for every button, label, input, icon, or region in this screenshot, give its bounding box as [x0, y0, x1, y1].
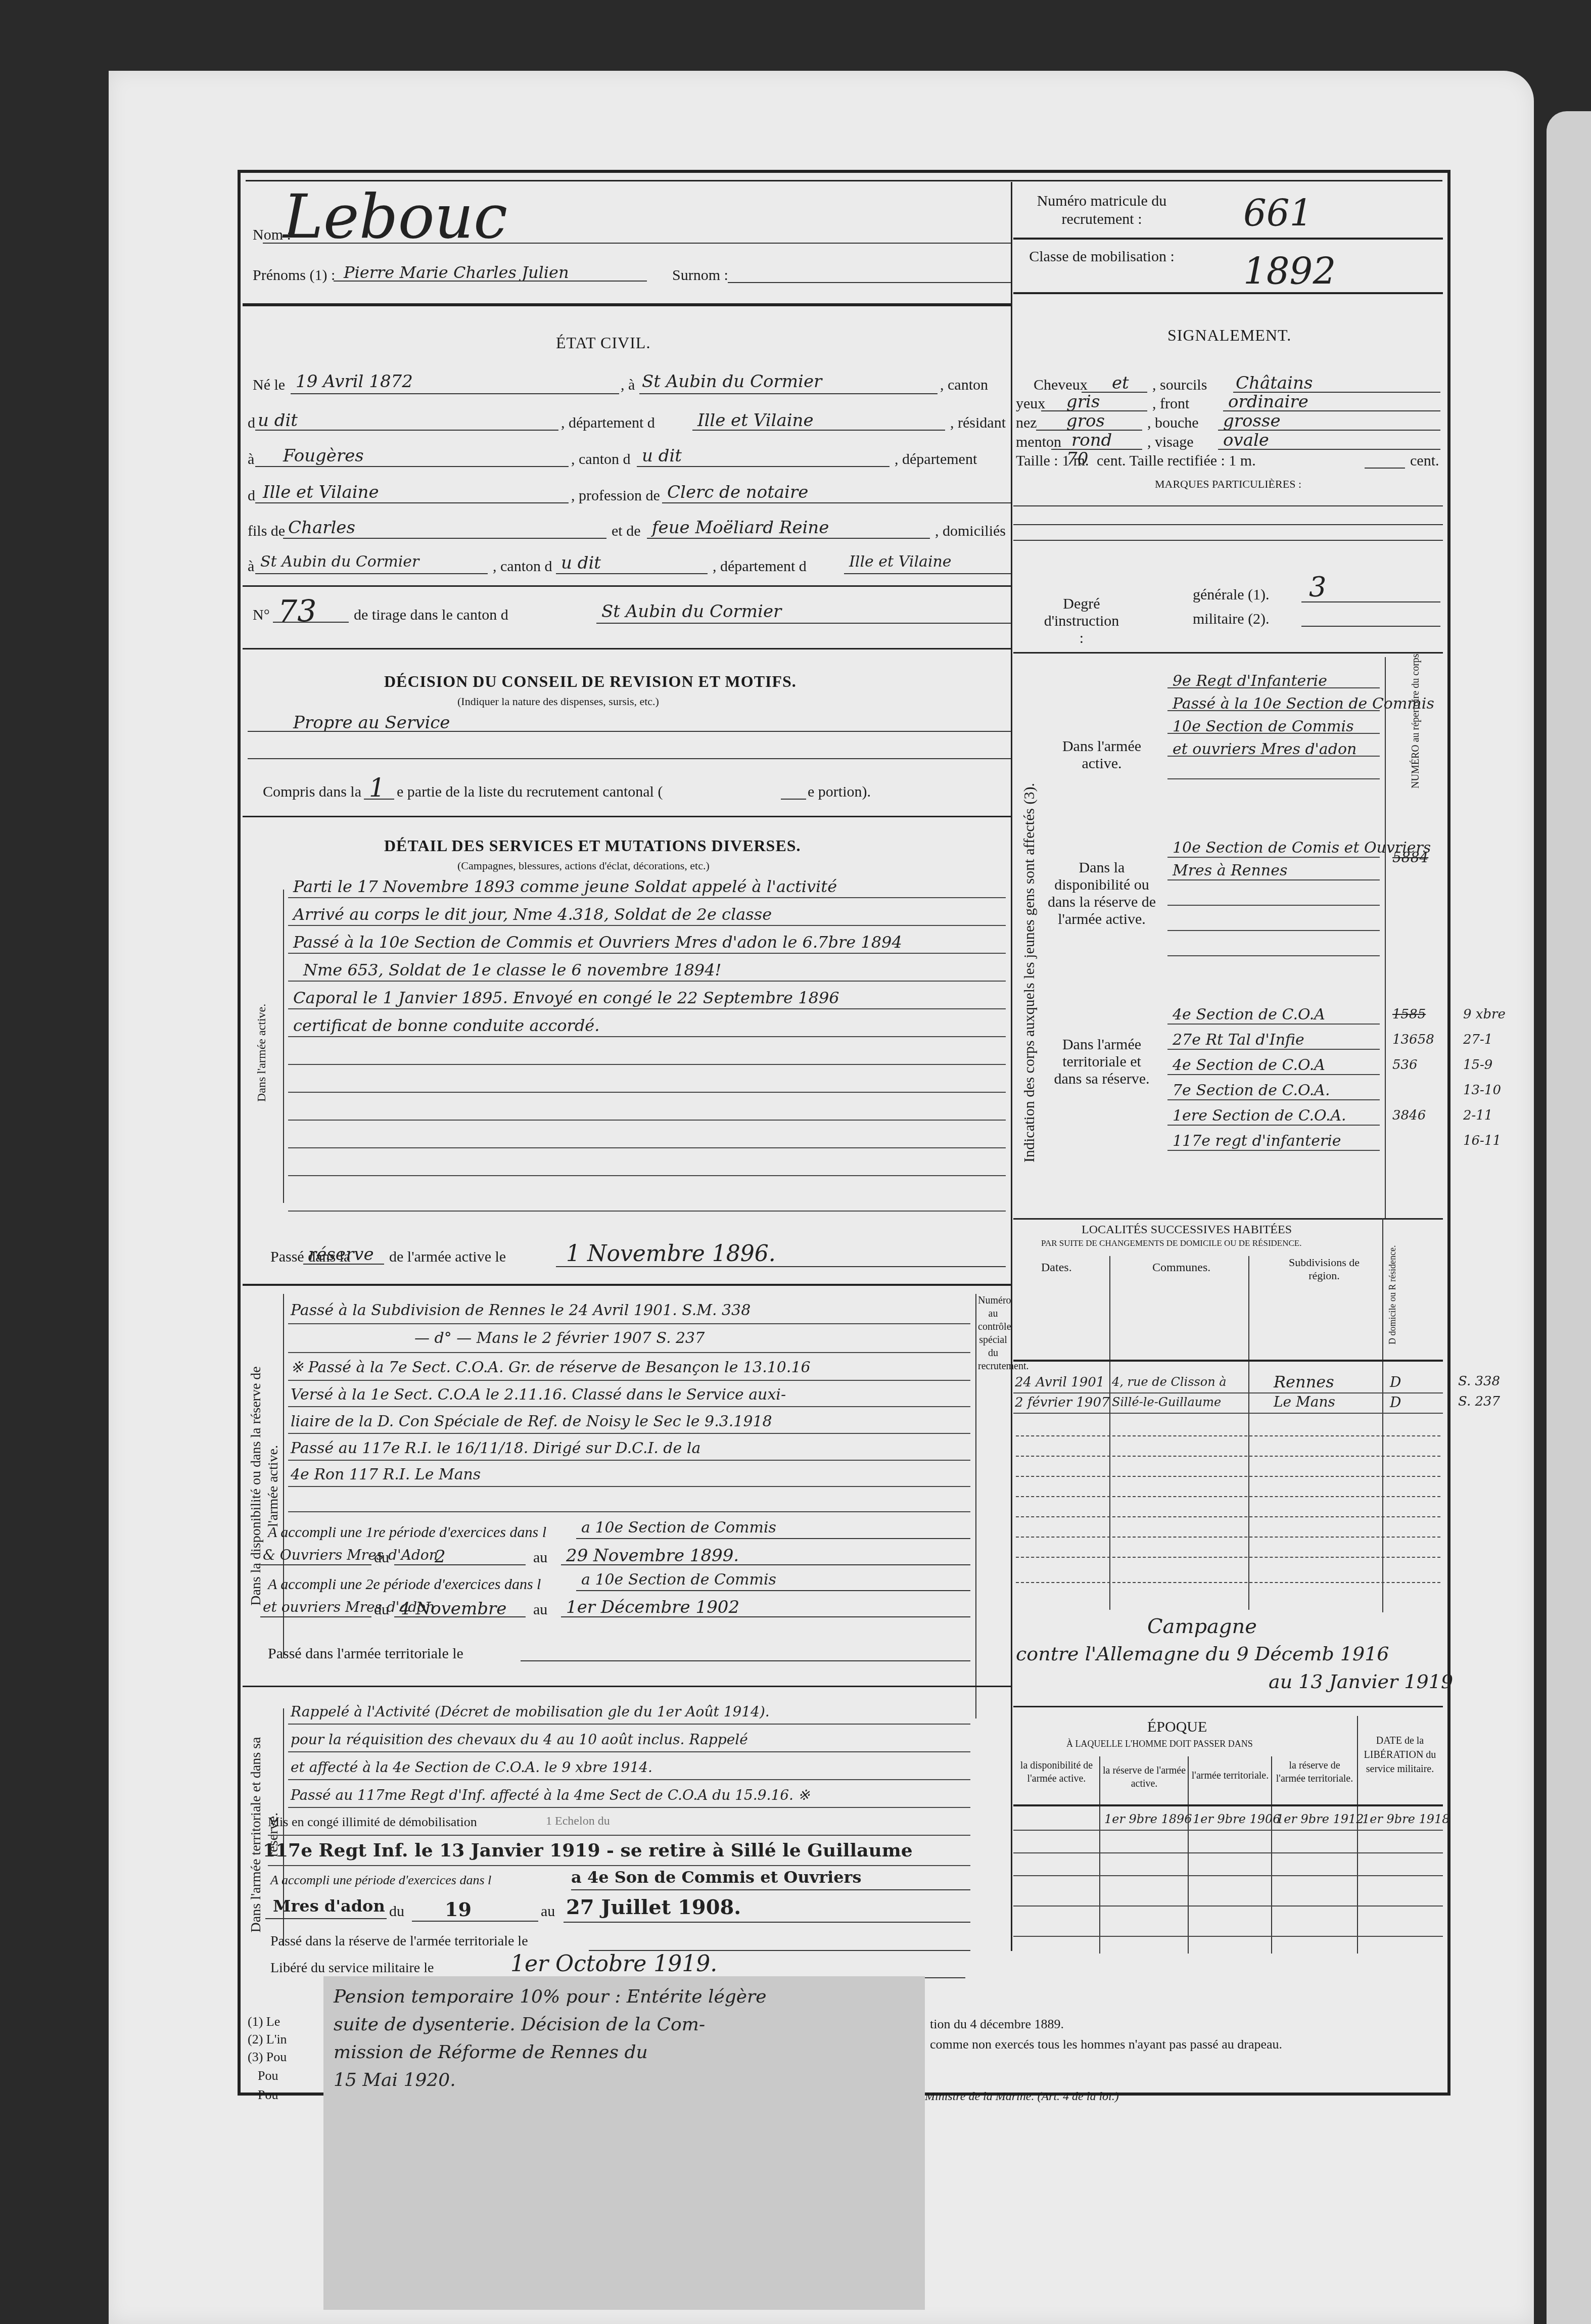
ne-le-label: Né le [253, 377, 285, 394]
facing-page-edge [1547, 111, 1591, 2324]
epoque-col-header: la réserve de l'armée active. [1102, 1764, 1187, 1790]
underline [1301, 601, 1440, 602]
territoriale-date: 16-11 [1463, 1133, 1501, 1148]
taille-value: 70 [1066, 449, 1088, 469]
front-value: ordinaire [1228, 392, 1308, 412]
underline [1218, 449, 1440, 450]
localite-subdivision: Le Mans [1274, 1393, 1335, 1410]
periode1-value: a 10e Section de Commis [581, 1519, 776, 1537]
libere-value: 1er Octobre 1919. [510, 1951, 717, 1977]
footnote-5: Pou [258, 2087, 278, 2103]
departement-label: , département d [561, 414, 655, 432]
corps-reserve-entry: Mres à Rennes [1173, 862, 1287, 879]
profession-value: Clerc de notaire [667, 482, 808, 502]
marques-title: MARQUES PARTICULIÈRES : [1155, 478, 1301, 491]
cent-label: cent. [1410, 452, 1439, 470]
periode2-du-value: 4 Novembre [399, 1599, 506, 1619]
militaire-label: militaire (2). [1193, 611, 1270, 628]
underline [248, 758, 1011, 759]
territoriale-date: 9 xbre [1463, 1007, 1506, 1022]
mis-en-conge-label: Mis en congé illimité de démobilisation [268, 1815, 477, 1830]
epoque-subtitle: À LAQUELLE L'HOMME DOIT PASSER DANS [1066, 1739, 1253, 1749]
territoriale-line: pour la réquisition des chevaux du 4 au … [291, 1731, 748, 1748]
corps-reserve-numero: 5884 [1392, 849, 1428, 866]
localite-commune: Sillé-le-Guillaume [1112, 1395, 1221, 1409]
canton2-label: , canton d [571, 451, 630, 468]
col-communes-header: Communes. [1152, 1261, 1210, 1275]
residant-label: , résidant [950, 414, 1006, 432]
conge-value: 117e Regt Inf. le 13 Janvier 1919 - se r… [263, 1840, 913, 1861]
col-dates-header: Dates. [1041, 1261, 1072, 1275]
territoriale-numero: 13658 [1392, 1032, 1434, 1047]
underline [303, 1264, 384, 1265]
fils-de-label: fils de [248, 523, 285, 540]
liberation-value: 1er 9bre 1918 [1362, 1812, 1450, 1826]
epoque-col-header: l'armée territoriale. [1190, 1769, 1270, 1782]
underline [571, 1889, 970, 1890]
periode1-du-label: du [374, 1549, 389, 1566]
underline [556, 573, 708, 574]
periode1-label: A accompli une 1re période d'exercices d… [268, 1524, 546, 1541]
territoriale-corps: 7e Section de C.O.A. [1173, 1082, 1330, 1099]
canton-label: , canton [940, 377, 988, 394]
underline [255, 573, 488, 574]
mere-value: feue Moëliard Reine [652, 518, 829, 538]
residence-value: Fougères [283, 446, 364, 466]
col-subdivisions-header: Subdivisions de région. [1289, 1256, 1360, 1282]
numero-header: NUMÉRO au répertoire du corps. [1410, 651, 1422, 788]
prenoms-underline [334, 281, 647, 282]
matricule-label: Numéro matricule du recrutement : [1028, 192, 1175, 228]
underline [1013, 524, 1443, 525]
domicile-a-label: à [248, 558, 254, 575]
compris-label: Compris dans la [263, 783, 361, 801]
epoque-territoriale-value: 1er 9bre 1906 [1193, 1812, 1281, 1826]
taille-rectifiee-label: cent. Taille rectifiée : 1 m. [1097, 452, 1256, 470]
localites-title: LOCALITÉS SUCCESSIVES HABITÉES [1082, 1223, 1292, 1237]
underline [639, 393, 938, 394]
periode2-label: A accompli une 2e période d'exercices da… [268, 1576, 541, 1593]
departement2-value: Ille et Vilaine [263, 482, 379, 502]
territoriale-au-label: au [541, 1903, 555, 1920]
degre-instruction-label: Degré d'instruction : [1041, 595, 1122, 647]
service-line: Parti le 17 Novembre 1893 comme jeune So… [293, 877, 837, 896]
disponibilite-line: Versé à la 1e Sect. C.O.A le 2.11.16. Cl… [291, 1386, 786, 1404]
disponibilite-line: 4e Ron 117 R.I. Le Mans [291, 1466, 481, 1483]
cheveux-label: Cheveux [1034, 377, 1088, 394]
divider [243, 1686, 1011, 1687]
underline [1013, 505, 1443, 506]
underline [265, 1918, 387, 1919]
localites-subtitle: PAR SUITE DE CHANGEMENTS DE DOMICILE OU … [1041, 1238, 1302, 1248]
localite-subdivision: Rennes [1274, 1372, 1334, 1391]
nez-value: gros [1066, 411, 1105, 431]
territoriale-au-value: 27 Juillet 1908. [566, 1895, 741, 1919]
epoque-col-header: la réserve de l'armée territoriale. [1274, 1759, 1355, 1785]
territoriale-periode-label: A accompli une période d'exercices dans … [270, 1873, 491, 1888]
periode2-du-label: du [374, 1601, 389, 1618]
services-title: DÉTAIL DES SERVICES ET MUTATIONS DIVERSE… [384, 836, 801, 855]
periode1-au-label: au [533, 1549, 547, 1566]
departement2-d-label: d [248, 487, 255, 504]
domicilies-label: , domiciliés [935, 523, 1006, 540]
cheveux-value: et [1112, 373, 1129, 393]
libere-label: Libéré du service militaire le [270, 1960, 434, 1976]
underline [596, 623, 1011, 624]
divider [1013, 1706, 1443, 1707]
periode2-au-value: 1er Décembre 1902 [566, 1597, 739, 1617]
underline [394, 1564, 526, 1565]
decision-title: DÉCISION DU CONSEIL DE REVISION ET MOTIF… [384, 672, 797, 691]
epoque-title: ÉPOQUE [1147, 1718, 1207, 1736]
disponibilite-line: Passé à la Subdivision de Rennes le 24 A… [291, 1302, 751, 1319]
generale-label: générale (1). [1193, 586, 1270, 603]
underline [561, 1564, 970, 1565]
bouche-value: grosse [1223, 411, 1281, 431]
territoriale-periode-line2: Mres d'adon [273, 1896, 385, 1916]
signalement-title: SIGNALEMENT. [1167, 326, 1291, 345]
footnote-3: (3) Pou [248, 2050, 287, 2065]
underline [255, 502, 569, 503]
footnote-1: (1) Le [248, 2014, 280, 2029]
passe-reserve-value: réserve [308, 1244, 374, 1265]
col-divider [1357, 1716, 1358, 1954]
a-label: , à [621, 377, 635, 394]
localite-date: 24 Avril 1901 [1015, 1375, 1104, 1390]
underline [248, 731, 1011, 732]
col-divider [1382, 1218, 1383, 1612]
service-line: Arrivé au corps le dit jour, Nme 4.318, … [293, 905, 772, 924]
divider [243, 648, 1011, 649]
nom-underline [263, 243, 1011, 244]
underline [662, 502, 1011, 503]
divider [1013, 1218, 1443, 1220]
surnom-label: Surnom : [672, 267, 728, 284]
territoriale-corps: 117e regt d'infanterie [1173, 1132, 1341, 1150]
territoriale-date: 13-10 [1463, 1083, 1501, 1098]
disponibilite-line: ※ Passé à la 7e Sect. C.O.A. Gr. de rése… [291, 1359, 811, 1376]
visage-label: , visage [1147, 434, 1194, 451]
underline [576, 1538, 970, 1539]
departement-value: Ille et Vilaine [697, 410, 814, 431]
liberation-header: DATE de la LIBÉRATION du service militai… [1360, 1734, 1440, 1776]
yeux-label: yeux [1016, 395, 1045, 412]
service-line: Passé à la 10e Section de Commis et Ouvr… [293, 933, 902, 952]
territoriale-numero: 3846 [1392, 1108, 1426, 1123]
services-subtitle: (Campagnes, blessures, actions d'éclat, … [457, 859, 710, 872]
underline [291, 393, 619, 394]
pere-value: Charles [288, 518, 355, 538]
col-divider [1188, 1756, 1189, 1954]
divider [1013, 1360, 1443, 1362]
underline [260, 1564, 371, 1565]
passe-territoriale-label: Passé dans l'armée territoriale le [268, 1645, 463, 1662]
underline [521, 1660, 970, 1661]
pension-line: 15 Mai 1920. [334, 2070, 456, 2090]
divider [243, 585, 1011, 587]
localite-note: S. 237 [1458, 1394, 1500, 1409]
underline [364, 799, 394, 800]
surnom-underline [728, 282, 1011, 283]
column-divider [1011, 182, 1012, 1951]
underline [1301, 626, 1440, 627]
compris-label-3: e portion). [808, 783, 871, 801]
reserve-territoriale-label: Passé dans la réserve de l'armée territo… [270, 1933, 528, 1949]
canton-d-label: d [248, 414, 255, 432]
underline [781, 799, 806, 800]
ne-le-value: 19 Avril 1872 [296, 371, 413, 392]
classe-label: Classe de mobilisation : [1028, 248, 1175, 266]
service-line: Caporal le 1 Janvier 1895. Envoyé en con… [293, 988, 839, 1007]
yeux-value: gris [1066, 392, 1100, 412]
profession-label: , profession de [571, 487, 660, 504]
localite-dr: D [1390, 1374, 1401, 1390]
divider [243, 816, 1011, 817]
underline [1365, 468, 1405, 469]
territoriale-date: 15-9 [1463, 1057, 1492, 1073]
menton-label: menton [1016, 434, 1061, 451]
canton3-value: u dit [561, 553, 601, 573]
epoque-col-header: la disponibilité de l'armée active. [1015, 1759, 1098, 1785]
divider [1013, 292, 1443, 294]
pension-line: Pension temporaire 10% pour : Entérite l… [334, 1986, 767, 2007]
underline [647, 538, 930, 539]
territoriale-date: 2-11 [1463, 1108, 1492, 1123]
canton2-value: u dit [642, 446, 682, 466]
territoriale-corps: 4e Section de C.O.A [1173, 1056, 1325, 1074]
divider [1013, 238, 1443, 240]
territoriale-numero: 536 [1392, 1057, 1418, 1073]
passe-armee-active-label: de l'armée active le [389, 1248, 506, 1266]
epoque-reserve-active-value: 1er 9bre 1896 [1104, 1812, 1192, 1826]
departement3-label: , département d [713, 558, 807, 575]
service-line: Nme 653, Soldat de 1e classe le 6 novemb… [303, 960, 721, 980]
divider [243, 303, 1011, 306]
localite-dr: D [1390, 1394, 1401, 1411]
front-label: , front [1152, 395, 1189, 412]
et-de-label: et de [612, 523, 640, 540]
visage-value: ovale [1223, 430, 1269, 450]
underline [1051, 449, 1142, 450]
territoriale-du-value: 19 [445, 1898, 472, 1921]
territoriale-du-label: du [389, 1903, 404, 1920]
numero-controle-divider [975, 1294, 976, 1718]
campagne-line3: au 13 Janvier 1919 [1269, 1670, 1453, 1693]
bouche-label: , bouche [1147, 414, 1199, 432]
numero-divider [1385, 657, 1386, 1218]
tirage-no-label: N° [253, 607, 270, 624]
lieu-naissance-value: St Aubin du Cormier [642, 371, 822, 392]
underline [637, 466, 890, 467]
tirage-canton-label: de tirage dans le canton d [354, 607, 508, 624]
disponibilite-line: liaire de la D. Con Spéciale de Ref. de … [291, 1413, 772, 1430]
decision-subtitle: (Indiquer la nature des dispenses, sursi… [457, 695, 659, 708]
classe-value: 1892 [1243, 250, 1336, 293]
periode1-line2: & Ouvriers Mres d'Adon [263, 1547, 438, 1563]
underline [576, 1590, 970, 1591]
underline [844, 573, 1011, 574]
territoriale-line: Rappelé à l'Activité (Décret de mobilisa… [291, 1703, 770, 1720]
periode1-au-value: 29 Novembre 1899. [566, 1546, 739, 1566]
departement2-label: , département [895, 451, 977, 468]
canton-value: u dit [258, 410, 298, 431]
disponibilite-line: — d° — Mans le 2 février 1907 S. 237 [414, 1329, 705, 1347]
generale-value: 3 [1309, 571, 1326, 603]
periode2-au-label: au [533, 1601, 547, 1618]
localite-note: S. 338 [1458, 1374, 1500, 1389]
territoriale-date: 27-1 [1463, 1032, 1492, 1047]
nom-value: Lebouc [283, 182, 507, 252]
localite-commune: 4, rue de Clisson à [1112, 1375, 1227, 1389]
margin-line [283, 890, 284, 1203]
menton-value: rond [1071, 430, 1112, 450]
territoriale-corps: 4e Section de C.O.A [1173, 1006, 1325, 1024]
underline [273, 622, 349, 623]
passe-reserve-date: 1 Novembre 1896. [566, 1241, 776, 1267]
underline [283, 538, 606, 539]
underline [260, 1616, 371, 1617]
sourcils-label: , sourcils [1152, 377, 1207, 394]
tirage-canton-value: St Aubin du Cormier [601, 601, 781, 622]
divider [1013, 1804, 1443, 1806]
underline [255, 466, 569, 467]
territoriale-line: Passé au 117me Regt d'Inf. affecté à la … [291, 1787, 810, 1803]
underline [394, 1616, 526, 1617]
service-line: certificat de bonne conduite accordé. [293, 1016, 599, 1035]
etat-civil-title: ÉTAT CIVIL. [556, 334, 650, 352]
territoriale-periode-value: a 4e Son de Commis et Ouvriers [571, 1868, 861, 1887]
footnote-4: Pou [258, 2068, 278, 2083]
pension-line: suite de dysenterie. Décision de la Com- [334, 2014, 705, 2035]
territoriale-corps: 27e Rt Tal d'Infie [1173, 1031, 1304, 1049]
services-side-label: Dans l'armée active. [255, 1004, 269, 1102]
col-divider [1099, 1756, 1100, 1954]
campagne-line2: contre l'Allemagne du 9 Décemb 1916 [1016, 1643, 1389, 1665]
pension-line: mission de Réforme de Rennes du [334, 2042, 648, 2063]
corps-active-label: Dans l'armée active. [1051, 738, 1152, 772]
divider [243, 1284, 1011, 1286]
col-divider [1271, 1756, 1272, 1954]
numero-controle-header: Numéro au contrôle spécial du recrutemen… [978, 1294, 1008, 1373]
prenoms-value: Pierre Marie Charles Julien [344, 263, 569, 282]
compris-label-2: e partie de la liste du recrutement cant… [397, 783, 663, 801]
territoriale-line: et affecté à la 4e Section de C.O.A. le … [291, 1759, 652, 1776]
periode2-value: a 10e Section de Commis [581, 1571, 776, 1589]
corps-vertical-label: Indication des corps auxquels les jeunes… [1021, 783, 1038, 1163]
disponibilite-line: Passé au 117e R.I. le 16/11/18. Dirigé s… [291, 1439, 700, 1457]
territoriale-numero: 1585 [1392, 1007, 1426, 1022]
decision-value: Propre au Service [293, 713, 450, 733]
underline [561, 1616, 970, 1617]
underline [692, 430, 945, 431]
footnote-2: (2) L'in [248, 2032, 287, 2047]
canton3-label: , canton d [493, 558, 552, 575]
underline [556, 1266, 1006, 1267]
residant-a-label: à [248, 451, 254, 468]
footnote-5-end: Ministre de la Marine. (Art. 4 de la loi… [925, 2090, 1119, 2104]
periode1-du-value: 2 [435, 1547, 446, 1567]
tirage-no-value: 73 [278, 594, 316, 629]
corps-territoriale-label: Dans l'armée territoriale et dans sa rés… [1051, 1036, 1152, 1088]
footnote-2-end: comme non exercés tous les hommes n'ayan… [930, 2037, 1282, 2052]
localite-date: 2 février 1907 [1015, 1395, 1110, 1410]
epoque-reserve-territoriale-value: 1er 9bre 1912 [1276, 1812, 1364, 1826]
underline [1013, 540, 1443, 541]
sourcils-value: Châtains [1236, 373, 1313, 393]
underline [412, 1921, 538, 1922]
footnote-1-end: tion du 4 décembre 1889. [930, 2017, 1064, 2032]
prenoms-label: Prénoms (1) : [253, 267, 335, 284]
nez-label: nez [1016, 414, 1037, 432]
territoriale-corps: 1ere Section de C.O.A. [1173, 1107, 1346, 1125]
corps-reserve-label: Dans la disponibilité ou dans la réserve… [1041, 859, 1162, 928]
divider [1013, 652, 1443, 654]
departement3-value: Ille et Vilaine [849, 553, 952, 571]
campagne-line1: Campagne [1147, 1615, 1257, 1638]
underline [255, 430, 558, 431]
col-dr-header: D domicile ou R résidence. [1387, 1245, 1398, 1344]
echelon-label: 1 Echelon du [546, 1815, 610, 1828]
domicile-value: St Aubin du Cormier [260, 553, 419, 571]
matricule-value: 661 [1243, 192, 1313, 235]
underline [564, 1922, 970, 1923]
